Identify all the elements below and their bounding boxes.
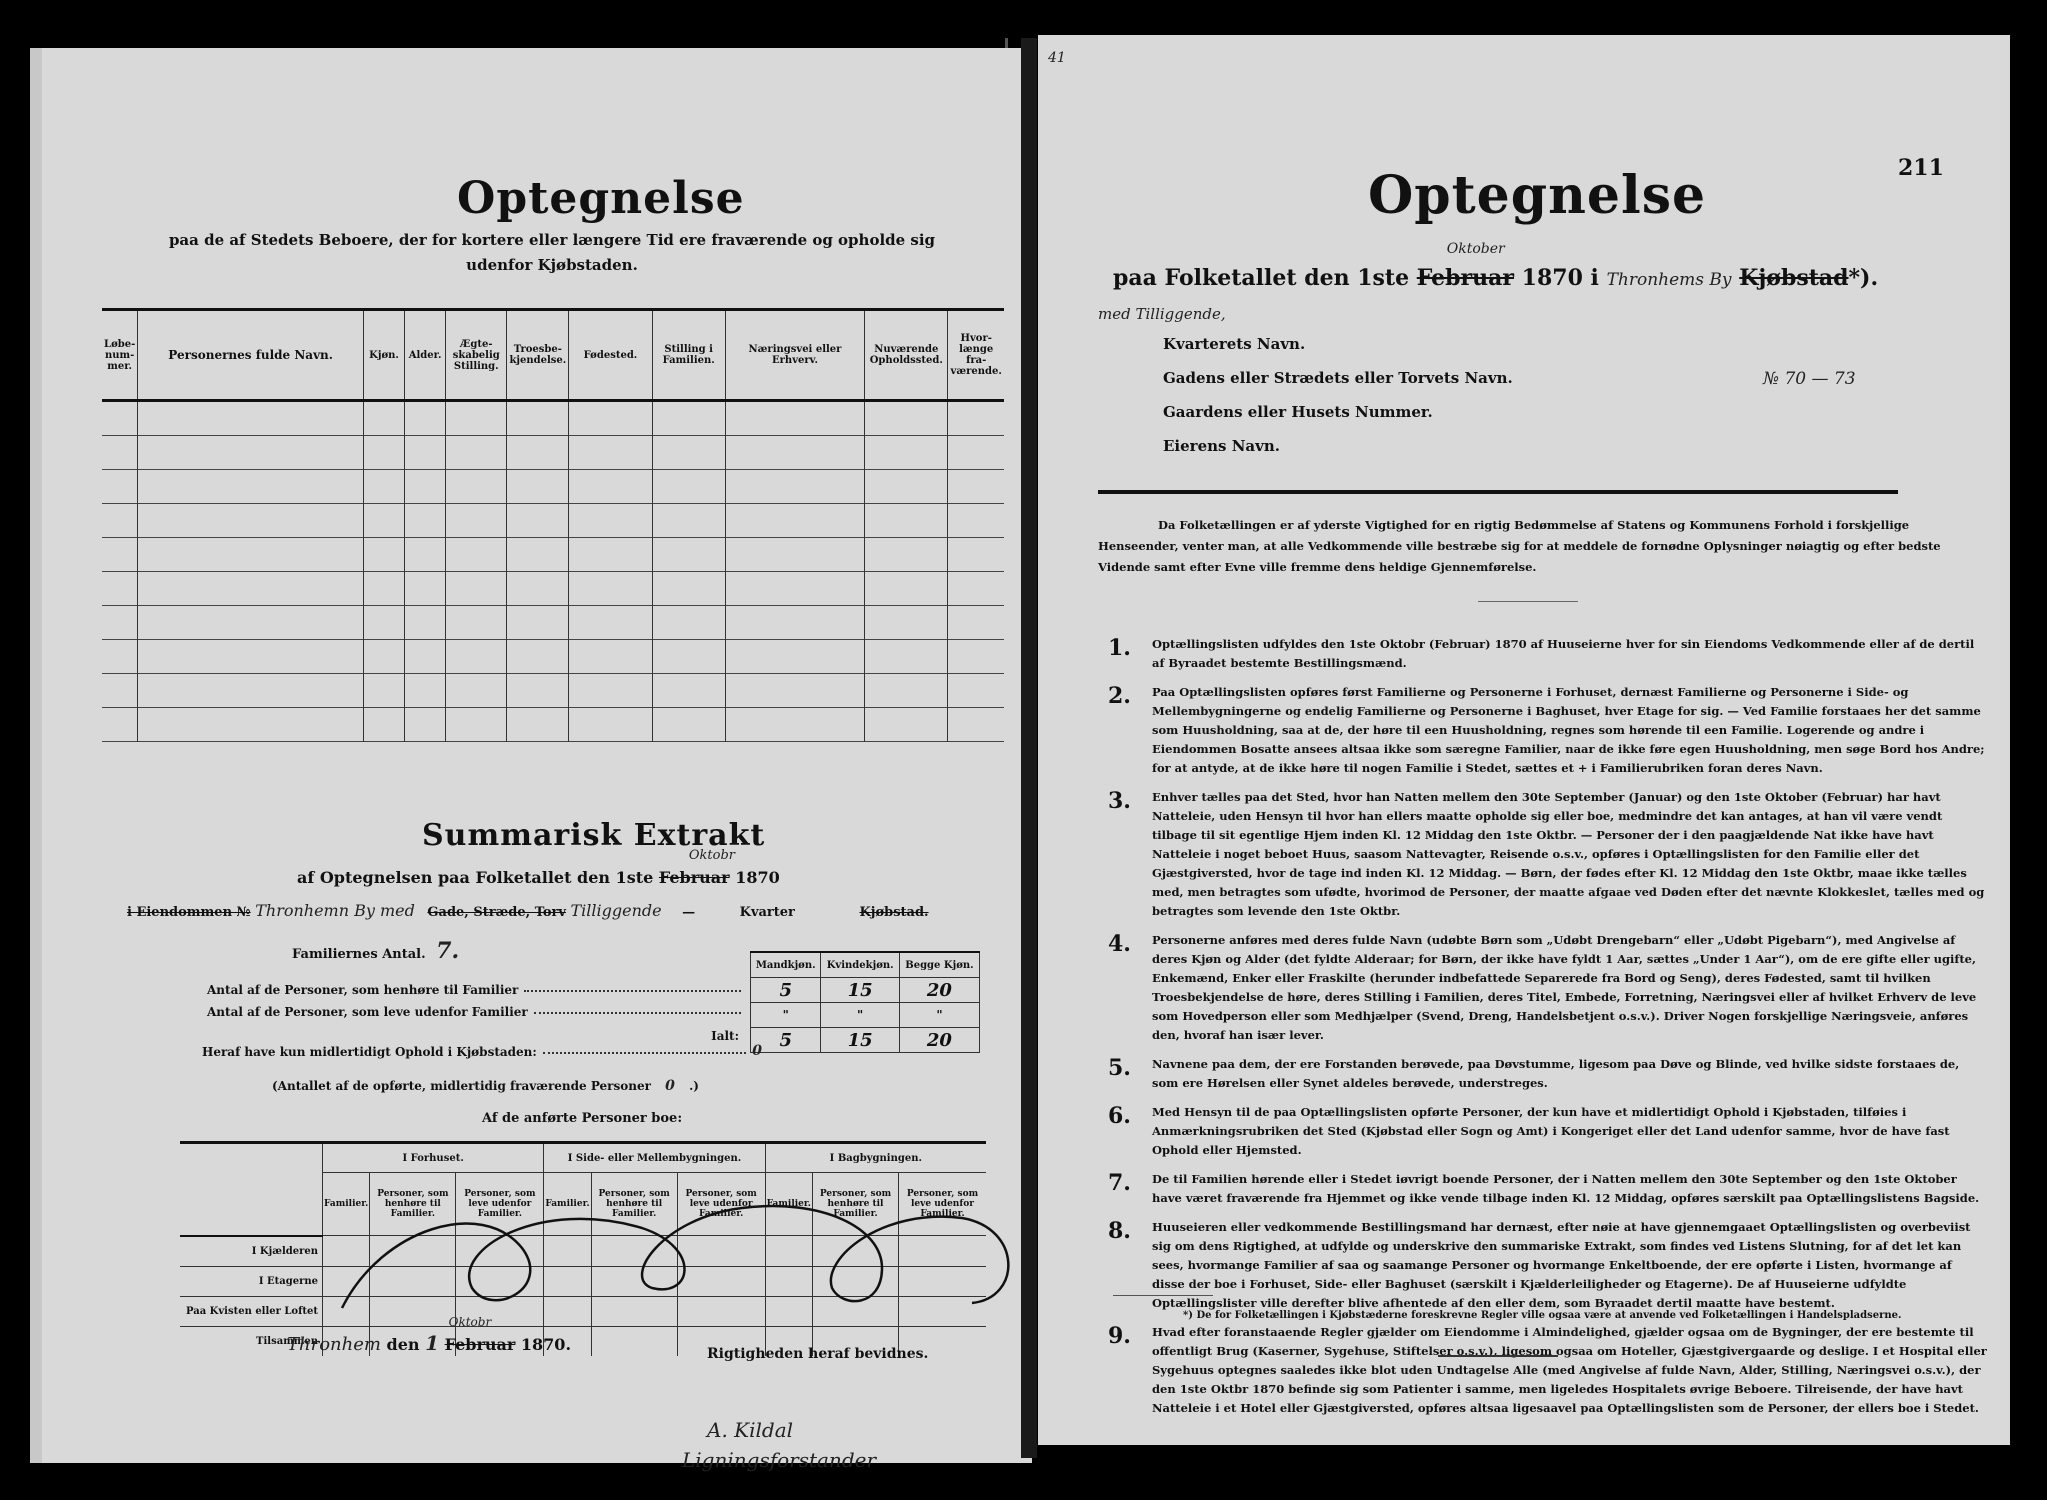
summary-row-label-families: Antal af de Personer, som henhøre til Fa… xyxy=(207,970,747,997)
col-header-religion: Troesbe-kjendelse. xyxy=(507,310,569,401)
family-count-value: 7. xyxy=(436,938,459,964)
summary-row-label: Ialt: xyxy=(711,1029,739,1043)
subtitle-suffix: *). xyxy=(1849,265,1879,291)
rule-text: Med Hensyn til de paa Optællingslisten o… xyxy=(1152,1103,1988,1160)
field-label: Gadens eller Strædets eller Torvets Navn… xyxy=(1163,369,1763,403)
rule-number: 7. xyxy=(1108,1170,1152,1208)
field-house-number: Gaardens eller Husets Nummer. xyxy=(1163,403,1963,437)
col-header-name: Personernes fulde Navn. xyxy=(138,310,364,401)
field-quarter: Kvarterets Navn. xyxy=(1163,335,1963,369)
signature-name: A. Kildal xyxy=(707,1418,793,1442)
count-cell: 15 xyxy=(821,978,899,1003)
temp-stay-line: Heraf have kun midlertidigt Ophold i Kjø… xyxy=(202,1043,762,1059)
count-cell: 15 xyxy=(821,1028,899,1053)
table-row xyxy=(102,708,1004,742)
footer-date-prefix: den xyxy=(387,1335,420,1354)
summary-row-label-total: Ialt: xyxy=(207,1019,747,1043)
rule-item: 2.Paa Optællingslisten opføres først Fam… xyxy=(1108,683,1988,778)
rule-number: 4. xyxy=(1108,931,1152,1045)
col-header-sex: Kjøn. xyxy=(363,310,404,401)
footer-date-year: 1870. xyxy=(521,1335,571,1354)
summary-counts-header: Mandkjøn. Kvindekjøn. Begge Kjøn. xyxy=(751,952,980,978)
rule-text: Enhver tælles paa det Sted, hvor han Nat… xyxy=(1152,788,1988,921)
family-count-label: Familiernes Antal. xyxy=(292,947,426,962)
table-row xyxy=(102,504,1004,538)
end-divider xyxy=(1438,1355,1558,1357)
footer-date-line: Thronhem den 1 OktobrFebruar 1870. xyxy=(287,1331,571,1355)
rule-text: Paa Optællingslisten opføres først Famil… xyxy=(1152,683,1988,778)
location-kvarter: Kvarter xyxy=(740,905,795,920)
subtitle-place-handwritten: Thronhems By xyxy=(1607,270,1732,290)
absent-line: (Antallet af de opførte, midlertidig fra… xyxy=(272,1078,699,1094)
rule-item: 6.Med Hensyn til de paa Optællingslisten… xyxy=(1108,1103,1988,1160)
footnote-divider xyxy=(1113,1295,1213,1296)
footnote: *) De for Folketællingen i Kjøbstæderne … xyxy=(1183,1310,1902,1321)
summary-location-line: i Eiendommen № Thronhemn By med Gade, St… xyxy=(127,901,1027,920)
absent-value: 0 xyxy=(665,1078,675,1094)
footer-place-handwritten: Thronhem xyxy=(287,1334,381,1355)
table-row xyxy=(102,674,1004,708)
summary-month-struck: Februar xyxy=(659,868,730,887)
rule-text: Hvad efter foranstaaende Regler gjælder … xyxy=(1152,1323,1988,1418)
right-page-title: Optegnelse xyxy=(1368,165,1706,226)
left-page-subtitle-line1: paa de af Stedets Beboere, der for korte… xyxy=(162,231,942,249)
field-owner: Eierens Navn. xyxy=(1163,437,1963,471)
footer-date-month: OktobrFebruar xyxy=(445,1335,516,1354)
absentee-table-header: Løbe-num-mer. Personernes fulde Navn. Kj… xyxy=(102,310,1004,401)
subtitle-line2-handwritten: med Tilliggende, xyxy=(1098,305,1226,323)
count-cell: 20 xyxy=(899,1028,979,1053)
rule-number: 8. xyxy=(1108,1218,1152,1313)
count-cell: " xyxy=(751,1003,821,1028)
table-row xyxy=(102,572,1004,606)
summary-row-label: Antal af de Personer, som leve udenfor F… xyxy=(207,1005,528,1019)
footer-month-struck: Februar xyxy=(445,1335,516,1354)
summary-subtitle-month: FebruarOktobr xyxy=(659,868,730,887)
margin-note: 41 xyxy=(1048,50,1066,66)
subtitle-month-handwritten: Oktober xyxy=(1447,241,1505,257)
rule-text: Personerne anføres med deres fulde Navn … xyxy=(1152,931,1988,1045)
absentee-table-body xyxy=(102,401,1004,742)
table-row xyxy=(102,436,1004,470)
count-cell: " xyxy=(899,1003,979,1028)
field-street: Gadens eller Strædets eller Torvets Navn… xyxy=(1163,369,1963,403)
absent-label: (Antallet af de opførte, midlertidig fra… xyxy=(272,1079,651,1093)
location-handwritten-1: Thronhemn By med xyxy=(255,901,415,920)
rule-item: 7.De til Familien hørende eller i Stedet… xyxy=(1108,1170,1988,1208)
rule-item: 5.Navnene paa dem, der ere Forstanden be… xyxy=(1108,1055,1988,1093)
residence-row-label: I Etagerne xyxy=(180,1266,323,1296)
location-kjobstad-struck: Kjøbstad. xyxy=(859,905,928,920)
rule-number: 6. xyxy=(1108,1103,1152,1160)
count-cell: 20 xyxy=(899,978,979,1003)
col-header-marital: Ægte-skabelig Stilling. xyxy=(446,310,507,401)
temp-stay-value: 0 xyxy=(752,1043,762,1059)
subtitle-prefix: paa Folketallet den 1ste xyxy=(1113,265,1409,291)
section-divider xyxy=(1098,490,1898,494)
col-header-occupation: Næringsvei eller Erhverv. xyxy=(725,310,864,401)
intro-paragraph: Da Folketællingen er af yderste Vigtighe… xyxy=(1098,515,1988,578)
summary-subtitle-prefix: af Optegnelsen paa Folketallet den 1ste xyxy=(297,868,653,887)
family-count: Familiernes Antal. 7. xyxy=(292,938,459,964)
temp-stay-label: Heraf have kun midlertidigt Ophold i Kjø… xyxy=(202,1045,537,1059)
footer-date-day: 1 xyxy=(425,1331,439,1355)
col-header-male: Mandkjøn. xyxy=(751,952,821,978)
table-row xyxy=(102,606,1004,640)
rule-number: 5. xyxy=(1108,1055,1152,1093)
count-cell: 5 xyxy=(751,978,821,1003)
certification-text: Rigtigheden heraf bevidnes. xyxy=(707,1346,928,1362)
subtitle-kjobstad-struck: Kjøbstad xyxy=(1739,265,1848,291)
table-row xyxy=(102,470,1004,504)
rule-number: 2. xyxy=(1108,683,1152,778)
col-header-female: Kvindekjøn. xyxy=(821,952,899,978)
left-page-title: Optegnelse xyxy=(457,173,745,224)
field-label: Eierens Navn. xyxy=(1163,437,1280,471)
summary-row-label-outside: Antal af de Personer, som leve udenfor F… xyxy=(207,997,747,1019)
left-page-subtitle-line2: udenfor Kjøbstaden. xyxy=(162,256,942,274)
summary-subtitle: af Optegnelsen paa Folketallet den 1ste … xyxy=(297,868,780,887)
summary-month-handwritten: Oktobr xyxy=(689,848,735,863)
group-header-sidebygning: I Side- eller Mellembygningen. xyxy=(544,1143,765,1173)
right-page-subtitle: paa Folketallet den 1ste OktoberFebruar … xyxy=(1113,265,1878,291)
right-page: 41 211 Optegnelse paa Folketallet den 1s… xyxy=(1038,35,2010,1445)
rule-item: 4.Personerne anføres med deres fulde Nav… xyxy=(1108,931,1988,1045)
rule-text: Huuseieren eller vedkommende Bestillings… xyxy=(1152,1218,1988,1313)
summary-counts-table: Mandkjøn. Kvindekjøn. Begge Kjøn. 5 15 2… xyxy=(750,951,980,1053)
rule-number: 3. xyxy=(1108,788,1152,921)
location-handwritten-2: Tilliggende xyxy=(570,901,661,920)
table-row: 5 15 20 xyxy=(751,1028,980,1053)
page-number: 211 xyxy=(1898,155,1944,181)
col-header-number: Løbe-num-mer. xyxy=(102,310,138,401)
footer-month-handwritten: Oktobr xyxy=(449,1315,492,1329)
rule-item: 1.Optællingslisten udfyldes den 1ste Okt… xyxy=(1108,635,1988,673)
absentee-table: Løbe-num-mer. Personernes fulde Navn. Kj… xyxy=(102,308,1004,742)
residence-row-label: Paa Kvisten eller Loftet xyxy=(180,1296,323,1326)
left-page: Optegnelse paa de af Stedets Beboere, de… xyxy=(30,48,1032,1463)
subtitle-year: 1870 i xyxy=(1522,265,1599,291)
residence-heading: Af de anførte Personer boe: xyxy=(482,1111,682,1126)
rule-item: 8.Huuseieren eller vedkommende Bestillin… xyxy=(1108,1218,1988,1313)
col-header-family-position: Stilling i Familien. xyxy=(652,310,725,401)
count-cell: " xyxy=(821,1003,899,1028)
col-header-age: Alder. xyxy=(405,310,446,401)
absent-label-suffix: .) xyxy=(689,1079,699,1093)
book-spine xyxy=(1021,38,1037,1458)
residence-row-label-header xyxy=(180,1143,323,1173)
rule-text: De til Familien hørende eller i Stedet i… xyxy=(1152,1170,1988,1208)
subtitle-month-struck: Februar xyxy=(1417,265,1514,291)
summary-row-label: Antal af de Personer, som henhøre til Fa… xyxy=(207,983,518,997)
rule-number: 1. xyxy=(1108,635,1152,673)
residence-row-label: I Kjælderen xyxy=(180,1236,323,1267)
field-label: Kvarterets Navn. xyxy=(1163,335,1305,369)
rule-number: 9. xyxy=(1108,1323,1152,1418)
rule-text: Navnene paa dem, der ere Forstanden berø… xyxy=(1152,1055,1988,1093)
residence-row-label-header-blank xyxy=(180,1173,323,1236)
property-fields: Kvarterets Navn. Gadens eller Strædets e… xyxy=(1163,335,1963,471)
short-divider xyxy=(1478,601,1578,602)
col-header-both: Begge Kjøn. xyxy=(899,952,979,978)
location-dash: — xyxy=(682,905,695,920)
col-header-absence-duration: Hvor-længe fra-værende. xyxy=(948,310,1004,401)
subtitle-month: OktoberFebruar xyxy=(1417,265,1514,291)
rule-item: 3.Enhver tælles paa det Sted, hvor han N… xyxy=(1108,788,1988,921)
table-row: 5 15 20 xyxy=(751,978,980,1003)
location-struck-2: Gade, Stræde, Torv xyxy=(427,905,566,920)
residence-table-group-header: I Forhuset. I Side- eller Mellembygninge… xyxy=(180,1143,986,1173)
summary-subtitle-year: 1870 xyxy=(735,868,780,887)
signature-title: Ligningsforstander xyxy=(682,1448,876,1472)
field-value: № 70 — 73 xyxy=(1763,369,1856,403)
col-header-current-residence: Nuværende Opholdssted. xyxy=(865,310,948,401)
rule-item: 9.Hvad efter foranstaaende Regler gjælde… xyxy=(1108,1323,1988,1418)
cancel-flourish-icon xyxy=(322,1188,1022,1318)
summary-row-labels: Antal af de Personer, som henhøre til Fa… xyxy=(207,970,747,1043)
group-header-forhuset: I Forhuset. xyxy=(323,1143,544,1173)
field-label: Gaardens eller Husets Nummer. xyxy=(1163,403,1433,437)
col-header-birthplace: Fødested. xyxy=(569,310,652,401)
table-row xyxy=(102,401,1004,436)
group-header-bagbygning: I Bagbygningen. xyxy=(765,1143,986,1173)
table-row: " " " xyxy=(751,1003,980,1028)
table-row xyxy=(102,640,1004,674)
rule-text: Optællingslisten udfyldes den 1ste Oktob… xyxy=(1152,635,1988,673)
table-row xyxy=(102,538,1004,572)
location-prefix-struck: i Eiendommen № xyxy=(127,905,251,920)
